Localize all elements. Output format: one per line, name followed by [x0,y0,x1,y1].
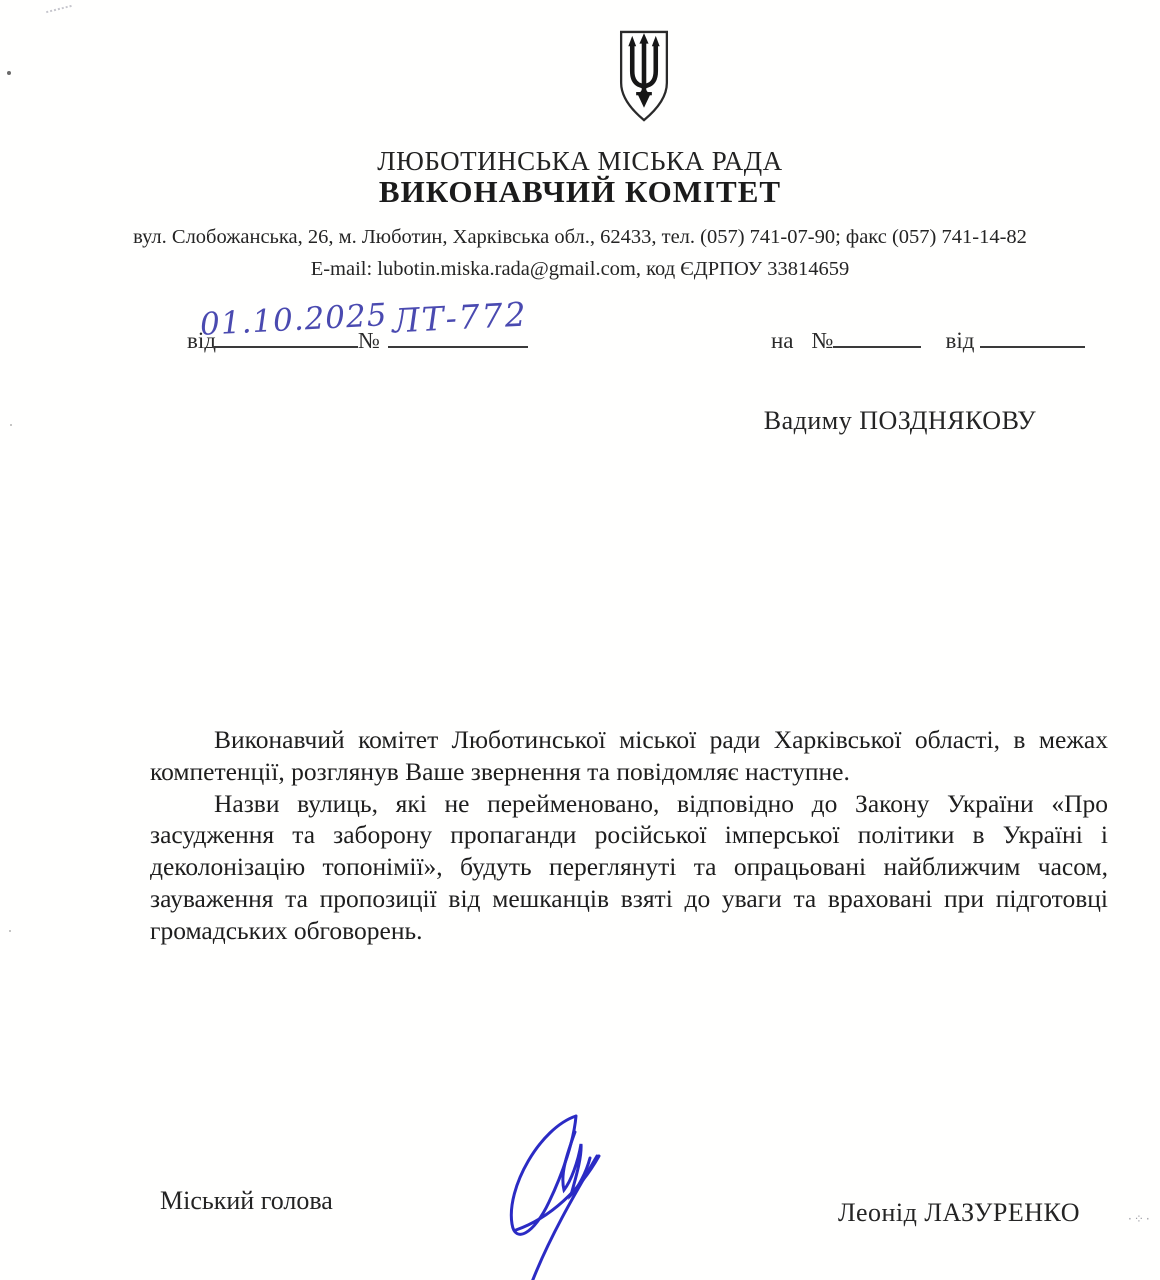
na-from-label: від [945,328,974,353]
scanned-letter-page: ЛЮБОТИНСЬКА МІСЬКА РАДА ВИКОНАВЧИЙ КОМІТ… [0,0,1160,1280]
number-blank-line: ЛТ-772 [388,322,528,348]
scan-artifact-dot [7,71,11,75]
department-name: ВИКОНАВЧИЙ КОМІТЕТ [0,174,1160,210]
incoming-reference: на№від [771,322,1085,354]
na-date-blank-line [980,322,1085,348]
date-blank-line: 01.10.2025 [212,322,358,348]
scan-artifact-dot [10,424,12,426]
na-label: на [771,328,794,353]
handwritten-signature [476,1100,652,1280]
body-paragraph-2: Назви вулиць, які не перейменовано, відп… [150,788,1108,947]
address-line: вул. Слобожанська, 26, м. Люботин, Харкі… [0,226,1160,249]
signer-name: Леонід ЛАЗУРЕНКО [838,1198,1080,1228]
na-number-blank-line [833,322,921,348]
scan-artifact-dot [9,930,11,932]
na-number-label: № [812,328,834,353]
handwritten-number: ЛТ-772 [391,294,529,340]
scan-artifact-speckle: ·⁘· [1128,1212,1152,1226]
body-paragraph-1: Виконавчий комітет Люботинської міської … [150,724,1108,788]
email-line: E-mail: lubotin.miska.rada@gmail.com, ко… [0,258,1160,281]
letter-body: Виконавчий комітет Люботинської міської … [150,724,1108,947]
ukraine-trident-emblem-icon [611,28,677,126]
position-title: Міський голова [160,1186,333,1216]
organization-name: ЛЮБОТИНСЬКА МІСЬКА РАДА [0,146,1160,177]
scan-artifact-top-left [46,5,72,14]
outgoing-reference: від01.10.2025№ЛТ-772 [187,322,528,354]
addressee: Вадиму ПОЗДНЯКОВУ [700,406,1100,436]
